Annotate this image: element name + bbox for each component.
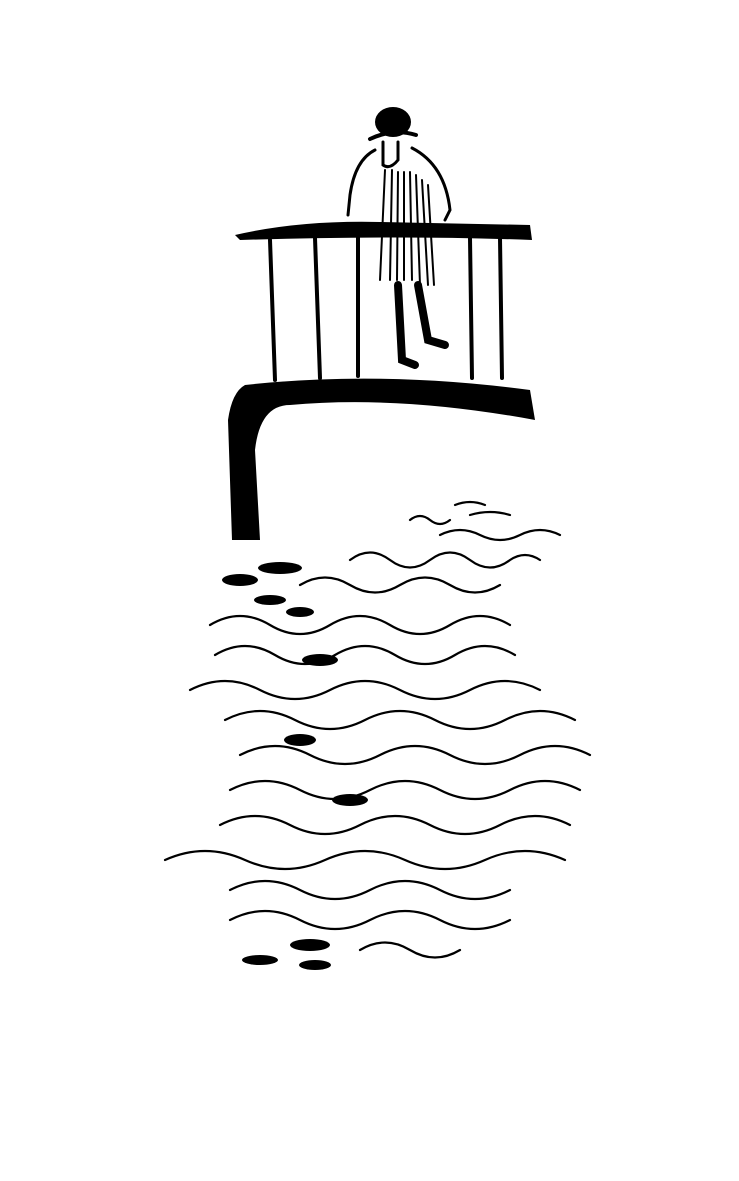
ink-illustration: [0, 0, 739, 1181]
handwriting-water: [165, 502, 590, 958]
bridge: [228, 222, 535, 540]
dark-wave-marks: [222, 562, 368, 970]
